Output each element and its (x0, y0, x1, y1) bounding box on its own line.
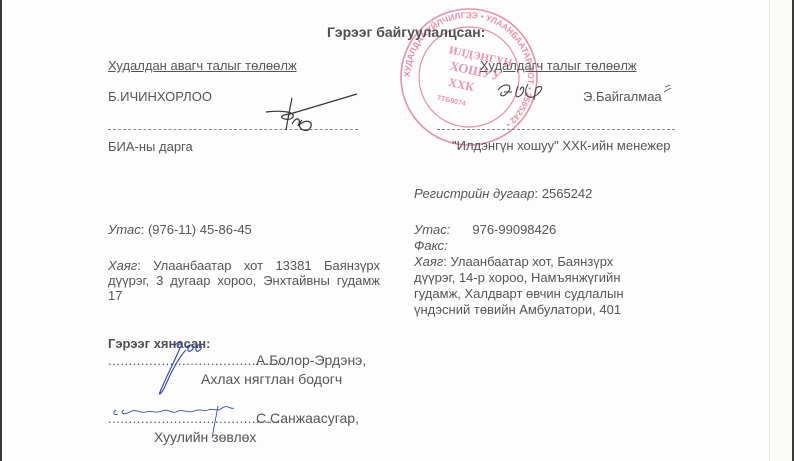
buyer-signature-icon (262, 90, 362, 135)
reviewer-2-name: С.Санжаасугар, (256, 411, 359, 426)
seller-position: "Илдэнгүн хошуу" ХХК-ийн менежер (452, 138, 671, 153)
scan-shade (770, 0, 792, 461)
seller-phone: Утас:976-99098426 (414, 222, 556, 237)
signed-by-title: Гэрээг байгуулалцсан: (327, 25, 485, 40)
buyer-phone-value: : (976-11) 45-86-45 (141, 222, 252, 237)
seller-fax: Факс: (414, 238, 448, 253)
seller-address-line-3: гудамж, Халдварт өвчин судлалын (414, 286, 624, 301)
seller-signature-line (437, 129, 675, 130)
buyer-address-label: Хаяг (108, 258, 137, 273)
scan-line (769, 0, 770, 461)
reviewer-1-signature-icon (150, 332, 220, 397)
buyer-address: Хаяг: Улаанбаатар хот 13381 Баянзүрх дүү… (108, 258, 380, 303)
document-page: ХУДАЛДАА ҮЙЛЧИЛГЭЭ • УЛААНБААТАР ХОТ • 2… (0, 0, 794, 461)
page-border-left (0, 0, 2, 461)
seller-address-line-2: дүүрэг, 14-р хороо, Намъянжүгийн (414, 270, 621, 285)
buyer-heading: Худалдан авагч талыг төлөөлж (108, 58, 297, 73)
svg-text:ТТБ9074: ТТБ9074 (436, 95, 466, 108)
buyer-name: Б.ИЧИНХОРЛОО (108, 89, 212, 104)
seller-phone-value: 976-99098426 (472, 222, 556, 237)
seller-phone-label: Утас (414, 222, 447, 237)
reviewer-1-name: А.Болор-Эрдэнэ, (256, 353, 366, 368)
seller-address-label: Хаяг (414, 254, 443, 269)
seller-signature-icon (494, 78, 554, 106)
buyer-phone: Утас: (976-11) 45-86-45 (108, 222, 252, 237)
svg-text:ХХК: ХХК (447, 75, 476, 94)
seller-name: Э.Байгалмаа (583, 89, 662, 104)
buyer-address-value: : Улаанбаатар хот 13381 Баянзүрх дүүрэг,… (108, 258, 380, 303)
reviewer-2-position: Хуулийн зөвлөх (154, 430, 256, 445)
registration-label: Регистрийн дугаар (414, 186, 535, 201)
seller-fax-label: Факс (414, 238, 444, 253)
seller-fax-value: : (444, 238, 448, 253)
registration-value: : 2565242 (535, 186, 593, 201)
seller-address-line-1: Хаяг: Улаанбаатар хот, Баянзүрх (414, 254, 613, 269)
buyer-position: БИА-ны дарга (108, 139, 193, 154)
seller-registration: Регистрийн дугаар: 2565242 (414, 186, 592, 201)
seller-initial-mark-icon (663, 84, 673, 94)
seller-heading: Худалдагч талыг төлөөлж (480, 58, 637, 73)
seller-address-line-4: үндэсний төвийн Амбулатори, 401 (414, 302, 621, 317)
buyer-phone-label: Утас (108, 222, 141, 237)
reviewer-1-position: Ахлах нягтлан бодогч (201, 372, 342, 387)
